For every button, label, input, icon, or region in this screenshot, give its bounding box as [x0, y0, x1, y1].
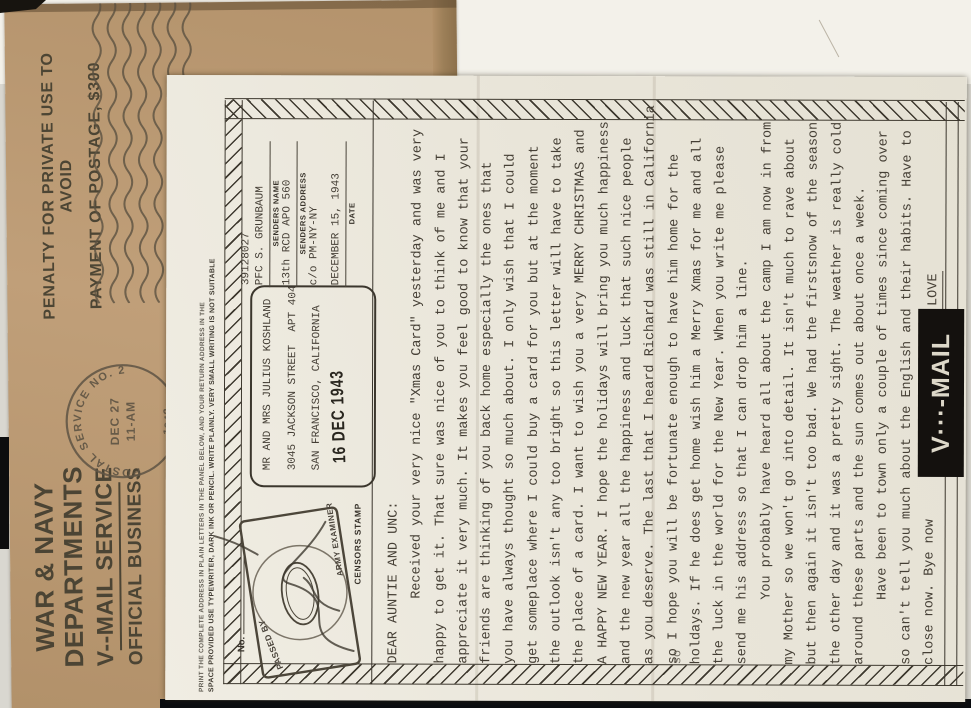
letter-line: as you deserve. The last that I heard Ri… [639, 98, 664, 664]
letter-line: Received your very nice "Xmas Card" yest… [406, 98, 431, 664]
address-line: 3045 JACKSON STREET APT 404 [287, 285, 299, 470]
sender-serial: 39128027 [240, 232, 252, 285]
address-line: MR AND MRS JULIUS KOSHLAND [262, 299, 274, 471]
form-instructions-line2: SPACE PROVIDED USE TYPEWRITER, DARK INK … [208, 84, 217, 692]
censor-stamp: PASSED BY ARMY EXAMINER [235, 497, 368, 682]
return-line: WAR & NAVY [29, 458, 60, 676]
sender-date: DECEMBER 15, 1943 [330, 173, 342, 285]
letter-body: DEAR AUNTIE AND UNC: Received your very … [382, 98, 943, 665]
letter-line: around these parts and the sun comes out… [848, 99, 873, 665]
letter-line: DEAR AUNTIE AND UNC: [382, 98, 407, 664]
return-line: DEPARTMENTS [58, 458, 89, 676]
vmail-form: PRINT THE COMPLETE ADDRESS IN PLAIN LETT… [165, 75, 967, 702]
letter-line: the outlook isn't any too bright so this… [545, 98, 570, 664]
penalty-line: PENALTY FOR PRIVATE USE TO AVOID [39, 28, 78, 344]
scanned-vmail-photo: WAR & NAVY DEPARTMENTS V--MAIL SERVICE O… [0, 0, 971, 708]
letter-line: my Mother so we won't go into detail. It… [778, 99, 803, 665]
return-line: V--MAIL SERVICE [89, 457, 119, 675]
sender-block: 39128027 PFC S. GRUNBAUM SENDERS NAME 13… [238, 135, 366, 287]
letter-line: the other day and it was a pretty sight.… [825, 99, 850, 665]
letter-line: holdays. If he does get home wish him a … [685, 98, 710, 664]
address-panel: MR AND MRS JULIUS KOSHLAND 3045 JACKSON … [250, 285, 377, 487]
letter-line: the place of a card. I want to wish you … [569, 98, 594, 664]
postmark-time: 11-AM [123, 401, 137, 441]
no-label: No. [236, 637, 247, 652]
scan-black-edge [0, 437, 9, 549]
letter-line: happy to get it. That sure was nice of y… [429, 98, 454, 664]
form-instructions-line1: PRINT THE COMPLETE ADDRESS IN PLAIN LETT… [198, 84, 207, 692]
letter-line: send me his address so that I can drop h… [732, 98, 757, 664]
sender-address-label: SENDERS ADDRESS [298, 139, 307, 287]
address-line: SAN FRANCISCO, CALIFORNIA [311, 305, 323, 470]
sender-name-label: SENDERS NAME [271, 139, 280, 287]
postmark-date: DEC 27 [107, 397, 122, 445]
letter-line: Have been to town only a couple of times… [872, 99, 897, 665]
letter-line: but then again it isn't too bad. We had … [802, 99, 827, 665]
return-underline [118, 482, 122, 650]
letter-line: get someplace where I could buy a card f… [522, 98, 547, 664]
letter-line: appreciate it very much. It makes you fe… [452, 98, 477, 664]
vmail-label: V···-MAIL [918, 309, 964, 477]
signoff: LOVE [926, 271, 943, 309]
letter-line: the luck in the world for the New Year. … [708, 98, 733, 664]
sender-date-label: DATE [347, 139, 356, 287]
letter-line: A HAPPY NEW YEAR. I hope the holidays wi… [592, 98, 617, 664]
sender-address: c/o PM-NY-NY [308, 206, 320, 285]
sender-unit: 13th RCD APO 560 [281, 180, 293, 286]
letter-line: You probably have heard all about the ca… [755, 98, 780, 664]
censor-stamp-caption: CENSORS STAMP [352, 503, 362, 584]
vmail-letter-sheet: PRINT THE COMPLETE ADDRESS IN PLAIN LETT… [165, 75, 967, 702]
letter-line: friends are thinking of you back home es… [475, 98, 500, 664]
typewriter-overstrike: so [670, 650, 684, 664]
envelope-return-address: WAR & NAVY DEPARTMENTS V--MAIL SERVICE O… [29, 457, 149, 676]
return-line: OFFICIAL BUSINESS [123, 457, 149, 675]
received-date-stamp: 16 DEC 1943 [327, 370, 350, 464]
letter-line: you have always thought so much about. I… [499, 98, 524, 664]
letter-line: so I hope you will be fortunate enough t… [662, 98, 687, 664]
sender-name: PFC S. GRUNBAUM [254, 186, 266, 285]
letter-line: so can't tell you much about the English… [895, 99, 920, 665]
letter-line: and the new year all the happiness and l… [615, 98, 640, 664]
